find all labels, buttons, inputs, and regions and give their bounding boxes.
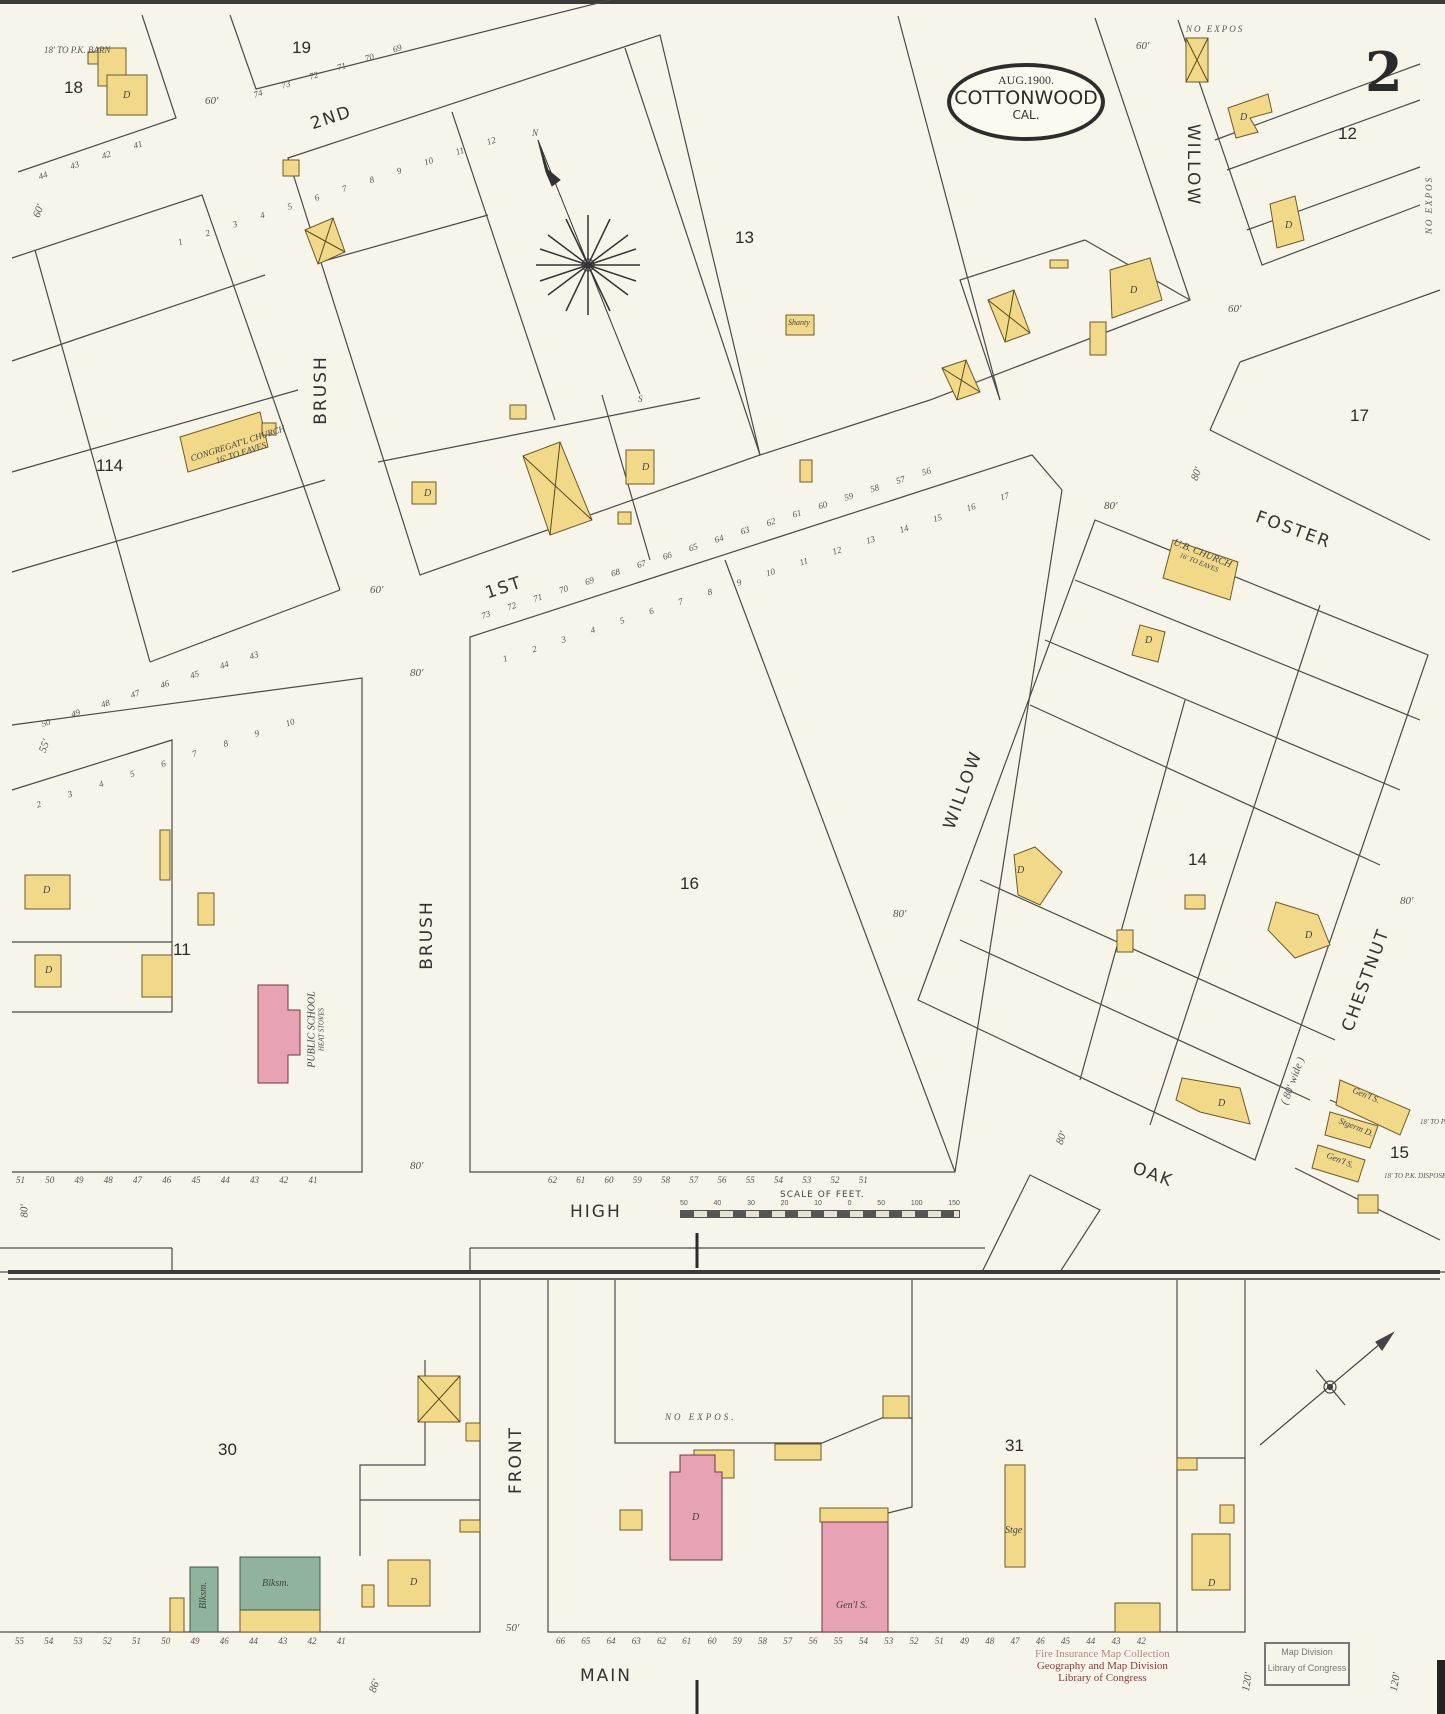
lc-stamp-red: Fire Insurance Map Collection Geography … <box>1035 1648 1170 1684</box>
block-13: 13 <box>735 228 754 248</box>
width-chestnut: 80' <box>1400 895 1413 907</box>
sanborn-map-sheet: AUG.1900. COTTONWOOD CAL. 2 2ND 1ST BRUS… <box>0 0 1445 1714</box>
width-front: 50' <box>506 1622 519 1634</box>
no-expos-label: NO EXPOS. <box>665 1412 737 1422</box>
block-18: 18 <box>64 78 83 98</box>
general-store-label: Gen'l S. <box>836 1600 868 1611</box>
dwelling-label: D <box>1208 1578 1215 1589</box>
street-brush-upper: BRUSH <box>311 355 331 425</box>
street-high: HIGH <box>570 1202 622 1222</box>
blacksmith-label-1: Blksm. <box>198 1582 209 1609</box>
no-expos-top: NO EXPOS <box>1186 24 1244 34</box>
school-name: PUBLIC SCHOOL <box>307 991 318 1067</box>
compass-rose <box>536 140 640 394</box>
lot-numbers-block31: 66 65 64 63 62 61 60 59 58 57 56 55 54 5… <box>556 1636 1146 1646</box>
dwelling-label: D <box>424 488 431 499</box>
dwelling-label: D <box>43 885 50 896</box>
no-expos-right: NO EXPOS <box>1424 176 1434 234</box>
block-30: 30 <box>218 1440 237 1460</box>
sheet-number: 2 <box>1365 40 1403 104</box>
block-19: 19 <box>292 38 311 58</box>
block-11: 11 <box>173 940 191 960</box>
block-12: 12 <box>1338 124 1357 144</box>
scale-of-feet: SCALE OF FEET. 50 40 30 20 10 0 50 100 1… <box>680 1190 960 1218</box>
lot-numbers-block30: 55 54 53 52 51 50 49 46 44 43 42 41 <box>15 1636 346 1646</box>
lot-numbers-block16-bottom: 62 61 60 59 58 57 56 55 54 53 52 51 <box>548 1175 868 1185</box>
dwelling-label: D <box>692 1512 699 1523</box>
scale-tick: 40 <box>714 1200 722 1207</box>
title-cartouche: AUG.1900. COTTONWOOD CAL. <box>947 63 1105 141</box>
state-name: CAL. <box>951 108 1101 122</box>
dwelling-label: D <box>410 1577 417 1588</box>
dwelling-label: D <box>1145 635 1152 646</box>
dwelling-label: D <box>45 965 52 976</box>
dwelling-label: D <box>642 462 649 473</box>
scale-tick: 10 <box>814 1200 822 1207</box>
width-1st: 60' <box>370 584 383 596</box>
width-willow-lower: 80' <box>893 908 906 920</box>
block-14: 14 <box>1188 850 1207 870</box>
width-2nd: 60' <box>205 95 218 107</box>
compass-bottom <box>1260 1333 1393 1445</box>
dwelling-label: D <box>1218 1098 1225 1109</box>
width-willow-upper: 60' <box>1228 303 1241 315</box>
storage-31: Stge <box>1005 1525 1022 1536</box>
scale-ticks: 50 40 30 20 10 0 50 100 150 <box>680 1200 960 1207</box>
lc-stamp-box: Map Division Library of Congress <box>1264 1642 1350 1686</box>
dwelling-label: D <box>1240 112 1247 123</box>
width-high: 80' <box>19 1204 31 1217</box>
street-main: MAIN <box>580 1666 632 1686</box>
block-17: 17 <box>1350 406 1369 426</box>
width-brush-lower: 80' <box>410 1160 423 1172</box>
block-114: 114 <box>96 456 123 476</box>
compass-south: S <box>638 394 643 404</box>
shanty-label: Shanty <box>788 318 810 327</box>
block-31: 31 <box>1005 1436 1024 1456</box>
dwelling-label: D <box>1130 285 1137 296</box>
width-brush: 80' <box>410 667 423 679</box>
dwelling-label: D <box>1285 220 1292 231</box>
scale-tick: 150 <box>948 1200 960 1207</box>
blacksmith-label-2: Blksm. <box>262 1578 289 1589</box>
street-front: FRONT <box>506 1426 526 1494</box>
block-15: 15 <box>1390 1143 1409 1163</box>
scale-tick: 0 <box>848 1200 852 1207</box>
stamp-line: Fire Insurance Map Collection <box>1035 1648 1170 1660</box>
block-16: 16 <box>680 874 699 894</box>
public-school: PUBLIC SCHOOL HEAT STOVES <box>307 991 326 1067</box>
scale-tick: 50 <box>680 1200 688 1207</box>
stamp-line: Map Division <box>1266 1644 1348 1660</box>
scale-tick: 50 <box>877 1200 885 1207</box>
scale-title: SCALE OF FEET. <box>780 1190 960 1200</box>
compass-north: N <box>532 128 538 138</box>
map-linework <box>0 0 1445 1714</box>
roof-note-15b: 18' TO P.K. DISPOSE <box>1384 1172 1445 1180</box>
school-note: HEAT STOVES <box>318 991 326 1067</box>
width-willow: 80' <box>1104 500 1117 512</box>
scale-tick: 20 <box>781 1200 789 1207</box>
barn-note: 18' TO P.K. BARN <box>44 45 110 55</box>
width-willow-top: 60' <box>1136 40 1149 52</box>
scale-tick: 100 <box>911 1200 923 1207</box>
street-willow-upper: WILLOW <box>1183 124 1203 206</box>
stamp-line: Geography and Map Division <box>1035 1660 1170 1672</box>
stamp-line: Library of Congress <box>1266 1660 1348 1676</box>
town-name: COTTONWOOD <box>951 88 1101 108</box>
lot-numbers-block11-bottom: 51 50 49 48 47 46 45 44 43 42 41 <box>16 1175 318 1185</box>
scale-bar <box>680 1210 960 1218</box>
dwelling-label: D <box>1017 865 1024 876</box>
dwelling-label: D <box>123 90 130 101</box>
roof-note-15a: 18' TO P.K. DISPOSE <box>1420 1118 1445 1126</box>
street-brush-lower: BRUSH <box>417 900 437 970</box>
map-date: AUG.1900. <box>951 73 1101 88</box>
scale-tick: 30 <box>747 1200 755 1207</box>
dwelling-label: D <box>1305 930 1312 941</box>
stamp-line: Library of Congress <box>1035 1672 1170 1684</box>
